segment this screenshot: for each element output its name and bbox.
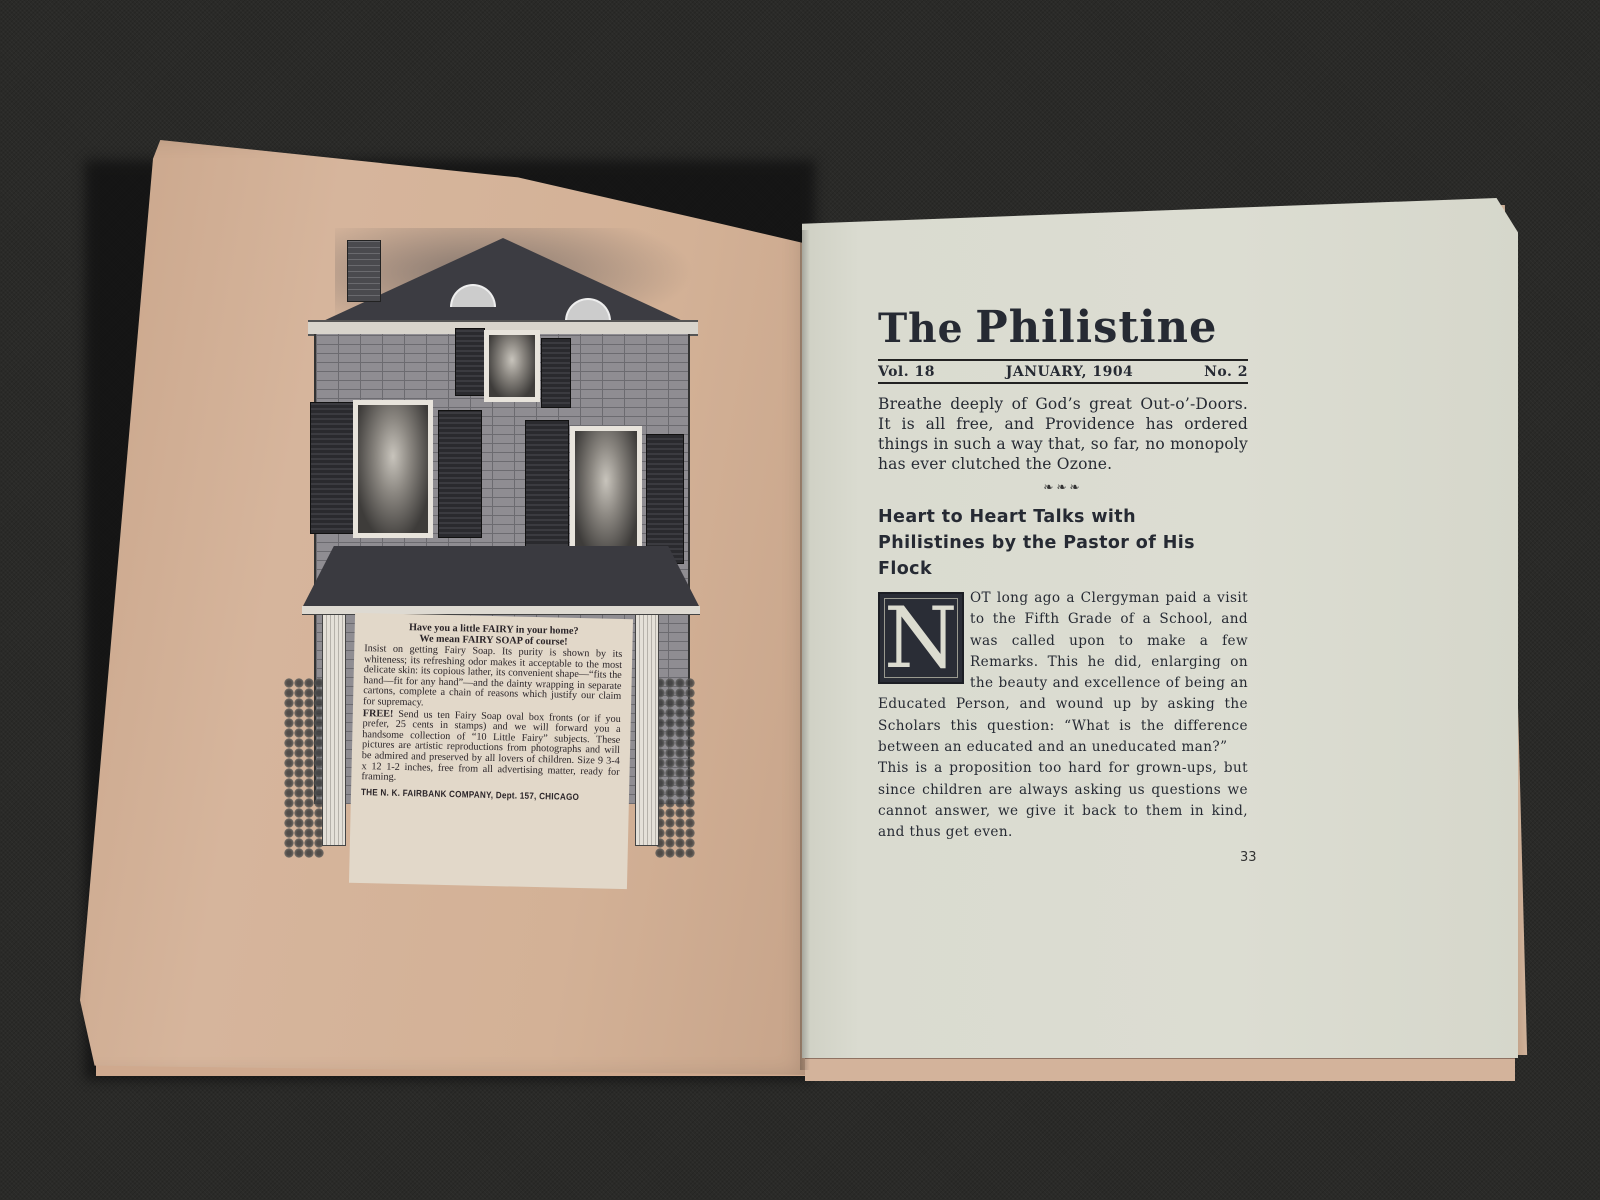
issue-date: JANUARY, 1904: [1006, 364, 1134, 380]
magazine-title: ThePhilistine: [878, 300, 1241, 357]
article-heading: Heart to Heart Talks with Philistines by…: [878, 504, 1248, 582]
shutter: [541, 338, 571, 408]
drop-cap-n: N: [878, 592, 964, 684]
shutter: [310, 402, 356, 534]
shutter: [525, 420, 569, 550]
bush-left: [284, 678, 324, 858]
bush-right: [655, 678, 695, 858]
porch-column-right: [635, 614, 659, 846]
title-the: The: [878, 305, 964, 352]
fairy-soap-ad: Have you a little FAIRY in your home? We…: [349, 613, 633, 889]
ad-body-2: FREE! Send us ten Fairy Soap oval box fr…: [361, 709, 621, 789]
porch-roof: [302, 546, 700, 608]
book-gutter: [800, 230, 810, 1070]
masthead: Vol. 18 JANUARY, 1904 No. 2: [878, 361, 1248, 382]
article-body: N OT long ago a Clergyman paid a visit t…: [878, 588, 1248, 844]
article-paragraph-2: This is a proposition too hard for grown…: [878, 758, 1248, 843]
ad-company-footer: THE N. K. FAIRBANK COMPANY, Dept. 157, C…: [361, 787, 588, 802]
porch-column-left: [322, 614, 346, 846]
masthead-rule: [878, 382, 1248, 384]
shutter: [455, 328, 485, 396]
right-page-stack: [805, 1058, 1515, 1081]
shutter: [438, 410, 482, 538]
title-philistine: Philistine: [975, 302, 1217, 353]
volume-label: Vol. 18: [878, 364, 935, 380]
philistine-page: ThePhilistine Vol. 18 JANUARY, 1904 No. …: [878, 300, 1248, 844]
leaf-ornament-icon: ❧❧❧: [878, 480, 1248, 494]
photo-child-right: [570, 426, 642, 560]
ad-body-1: Insist on getting Fairy Soap. Its purity…: [363, 644, 622, 713]
photo-child-top: [484, 330, 540, 402]
house-illustration: Have you a little FAIRY in your home? We…: [280, 228, 700, 888]
shutter: [646, 434, 684, 564]
ad-offer-text: Send us ten Fairy Soap oval box fronts (…: [361, 708, 621, 783]
intro-paragraph: Breathe deeply of God’s great Out-o’-Doo…: [878, 394, 1248, 474]
issue-number: No. 2: [1204, 364, 1248, 380]
page-number: 33: [1240, 850, 1257, 865]
chimney: [347, 240, 381, 302]
photo-child-with-doll: [353, 400, 433, 538]
